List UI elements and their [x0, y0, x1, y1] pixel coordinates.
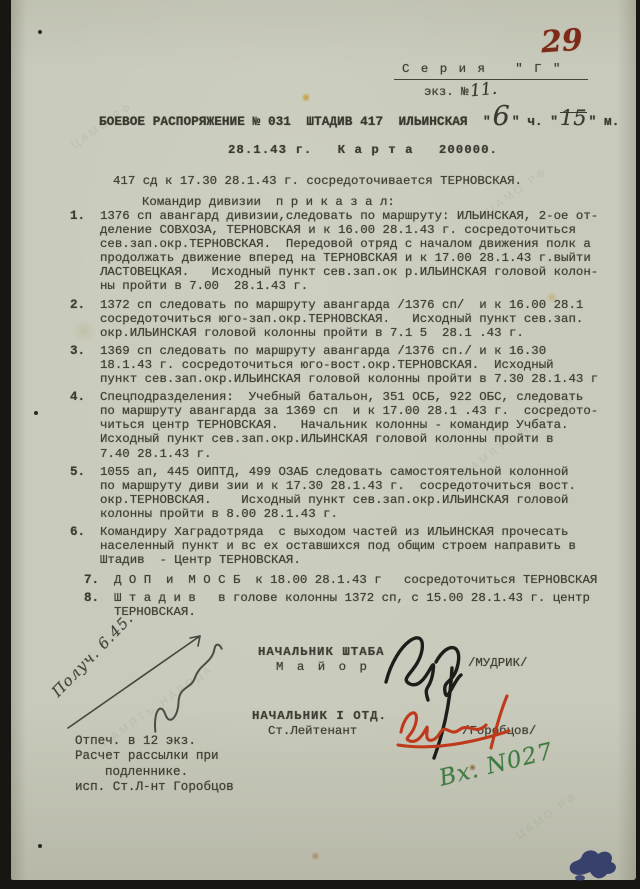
archive-page-number: 29: [540, 23, 584, 61]
footer-line: подленнике.: [75, 765, 234, 780]
first-dept-signature-icon: [393, 692, 518, 754]
title-text: " ч. ": [512, 114, 558, 129]
intro-line: 417 сд к 17.30 28.1.43 г. сосредоточивае…: [113, 174, 522, 188]
item-text: Д О П и М О С Б к 18.00 28.1.43 г сосред…: [114, 573, 618, 587]
item-number: 3.: [70, 344, 100, 386]
order-item-3: 3. 1369 сп следовать по маршруту авангар…: [70, 344, 618, 386]
distribution-note: Отпеч. в 12 экз. Расчет рассылки при под…: [75, 734, 234, 796]
item-number: 7.: [84, 573, 114, 587]
item-text: 1369 сп следовать по маршруту авангарда …: [100, 344, 618, 386]
ink-blot: [560, 836, 624, 884]
order-item-8: 8. Ш т а д и в в голове колонны 1372 сп,…: [84, 591, 618, 619]
item-number: 8.: [84, 591, 114, 619]
title-minute-handwritten: 15: [560, 112, 587, 123]
footer-line: Расчет рассылки при: [75, 749, 234, 764]
item-text: Ш т а д и в в голове колонны 1372 сп, с …: [114, 591, 618, 619]
item-text: Спецподразделения: Учебный батальон, 351…: [100, 390, 618, 460]
order-items: 1. 1376 сп авангард дивизии,следовать по…: [70, 209, 618, 624]
document-title: БОЕВОЕ РАСПОРЯЖЕНИЕ № 031 ШТАДИВ 417 ИЛЬ…: [99, 112, 619, 129]
chief-of-staff-role: НАЧАЛЬНИК ШТАБА: [258, 645, 385, 659]
title-text: " м.: [589, 114, 620, 129]
item-number: 2.: [70, 298, 100, 340]
date-map-line: 28.1.43 г. К а р т а 200000.: [228, 143, 498, 157]
order-lead: Командир дивизии п р и к а з а л:: [142, 195, 395, 209]
order-item-6: 6. Командиру Хаградотряда с выходом част…: [70, 525, 618, 567]
paper-stain: [311, 852, 320, 860]
item-text: 1376 сп авангард дивизии,следовать по ма…: [100, 209, 618, 294]
item-number: 5.: [70, 465, 100, 521]
series-label: С е р и я " Г ": [394, 62, 588, 80]
chief-of-staff-rank: М а й о р: [276, 660, 370, 674]
copy-number-handwritten: 11.: [469, 79, 498, 102]
paper-speck: [38, 844, 42, 848]
item-text: 1055 ап, 445 ОИПТД, 499 ОЗАБ следовать с…: [100, 465, 618, 521]
title-hour-handwritten: 6: [493, 112, 510, 122]
copy-label: экз. №: [424, 85, 469, 99]
watermark: ЦАМО РФ: [514, 790, 581, 842]
footer-line: исп. Ст.Л-нт Горобцов: [75, 780, 234, 795]
item-number: 1.: [70, 209, 100, 294]
item-text: 1372 сп следовать по маршруту авангарда …: [100, 298, 618, 340]
order-item-2: 2. 1372 сп следовать по маршруту авангар…: [70, 298, 618, 340]
scanned-document-page: { "page": { "archive_page_number": "29" …: [0, 0, 640, 889]
first-dept-rank: Ст.Лейтенант: [268, 724, 357, 738]
order-item-5: 5. 1055 ап, 445 ОИПТД, 499 ОЗАБ следоват…: [70, 465, 618, 521]
item-text: Командиру Хаградотряда с выходом частей …: [100, 525, 618, 567]
footer-line: Отпеч. в 12 экз.: [75, 734, 234, 749]
order-item-1: 1. 1376 сп авангард дивизии,следовать по…: [70, 209, 618, 294]
paper-speck: [34, 411, 38, 415]
paper-speck: [38, 30, 42, 34]
paper-stain: [301, 93, 311, 102]
first-dept-role: НАЧАЛЬНИК I ОТД.: [252, 709, 387, 723]
order-item-7: 7. Д О П и М О С Б к 18.00 28.1.43 г сос…: [84, 573, 618, 587]
title-text: БОЕВОЕ РАСПОРЯЖЕНИЕ № 031 ШТАДИВ 417 ИЛЬ…: [99, 114, 491, 129]
item-number: 6.: [70, 525, 100, 567]
order-item-4: 4. Спецподразделения: Учебный батальон, …: [70, 390, 618, 460]
item-number: 4.: [70, 390, 100, 460]
